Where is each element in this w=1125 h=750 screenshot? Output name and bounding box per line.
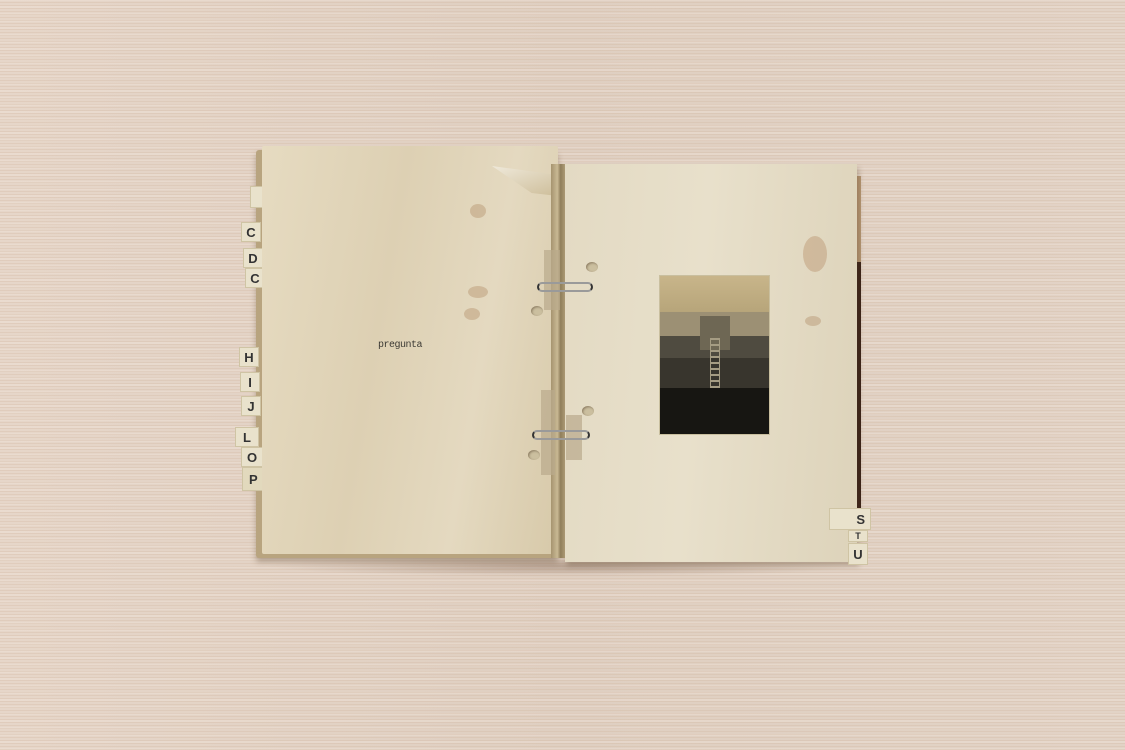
barn-photograph — [660, 276, 769, 434]
stain — [805, 316, 821, 326]
stain — [468, 286, 488, 298]
punch-hole — [586, 262, 598, 272]
index-tab-c[interactable]: C — [241, 222, 261, 242]
index-tab-t[interactable]: T — [848, 530, 868, 542]
index-tab-d[interactable]: D — [243, 248, 263, 268]
binder-ring-top — [537, 282, 593, 292]
stain — [803, 236, 827, 272]
index-tab-j[interactable]: J — [241, 396, 261, 416]
tape-strip — [544, 250, 560, 310]
ladder — [710, 338, 720, 388]
torn-corner — [492, 166, 558, 196]
punch-hole — [531, 306, 543, 316]
index-tab-i[interactable]: I — [240, 372, 260, 392]
stain — [464, 308, 480, 320]
index-tab-s[interactable]: S — [829, 508, 871, 530]
typed-word: pregunta — [378, 340, 422, 351]
punch-hole — [528, 450, 540, 460]
binder-ring-bottom — [532, 430, 590, 440]
index-tab-l[interactable]: L — [235, 427, 259, 447]
punch-hole — [582, 406, 594, 416]
index-tab-h[interactable]: H — [239, 347, 259, 367]
index-tab-u[interactable]: U — [848, 543, 868, 565]
stain — [470, 204, 486, 218]
